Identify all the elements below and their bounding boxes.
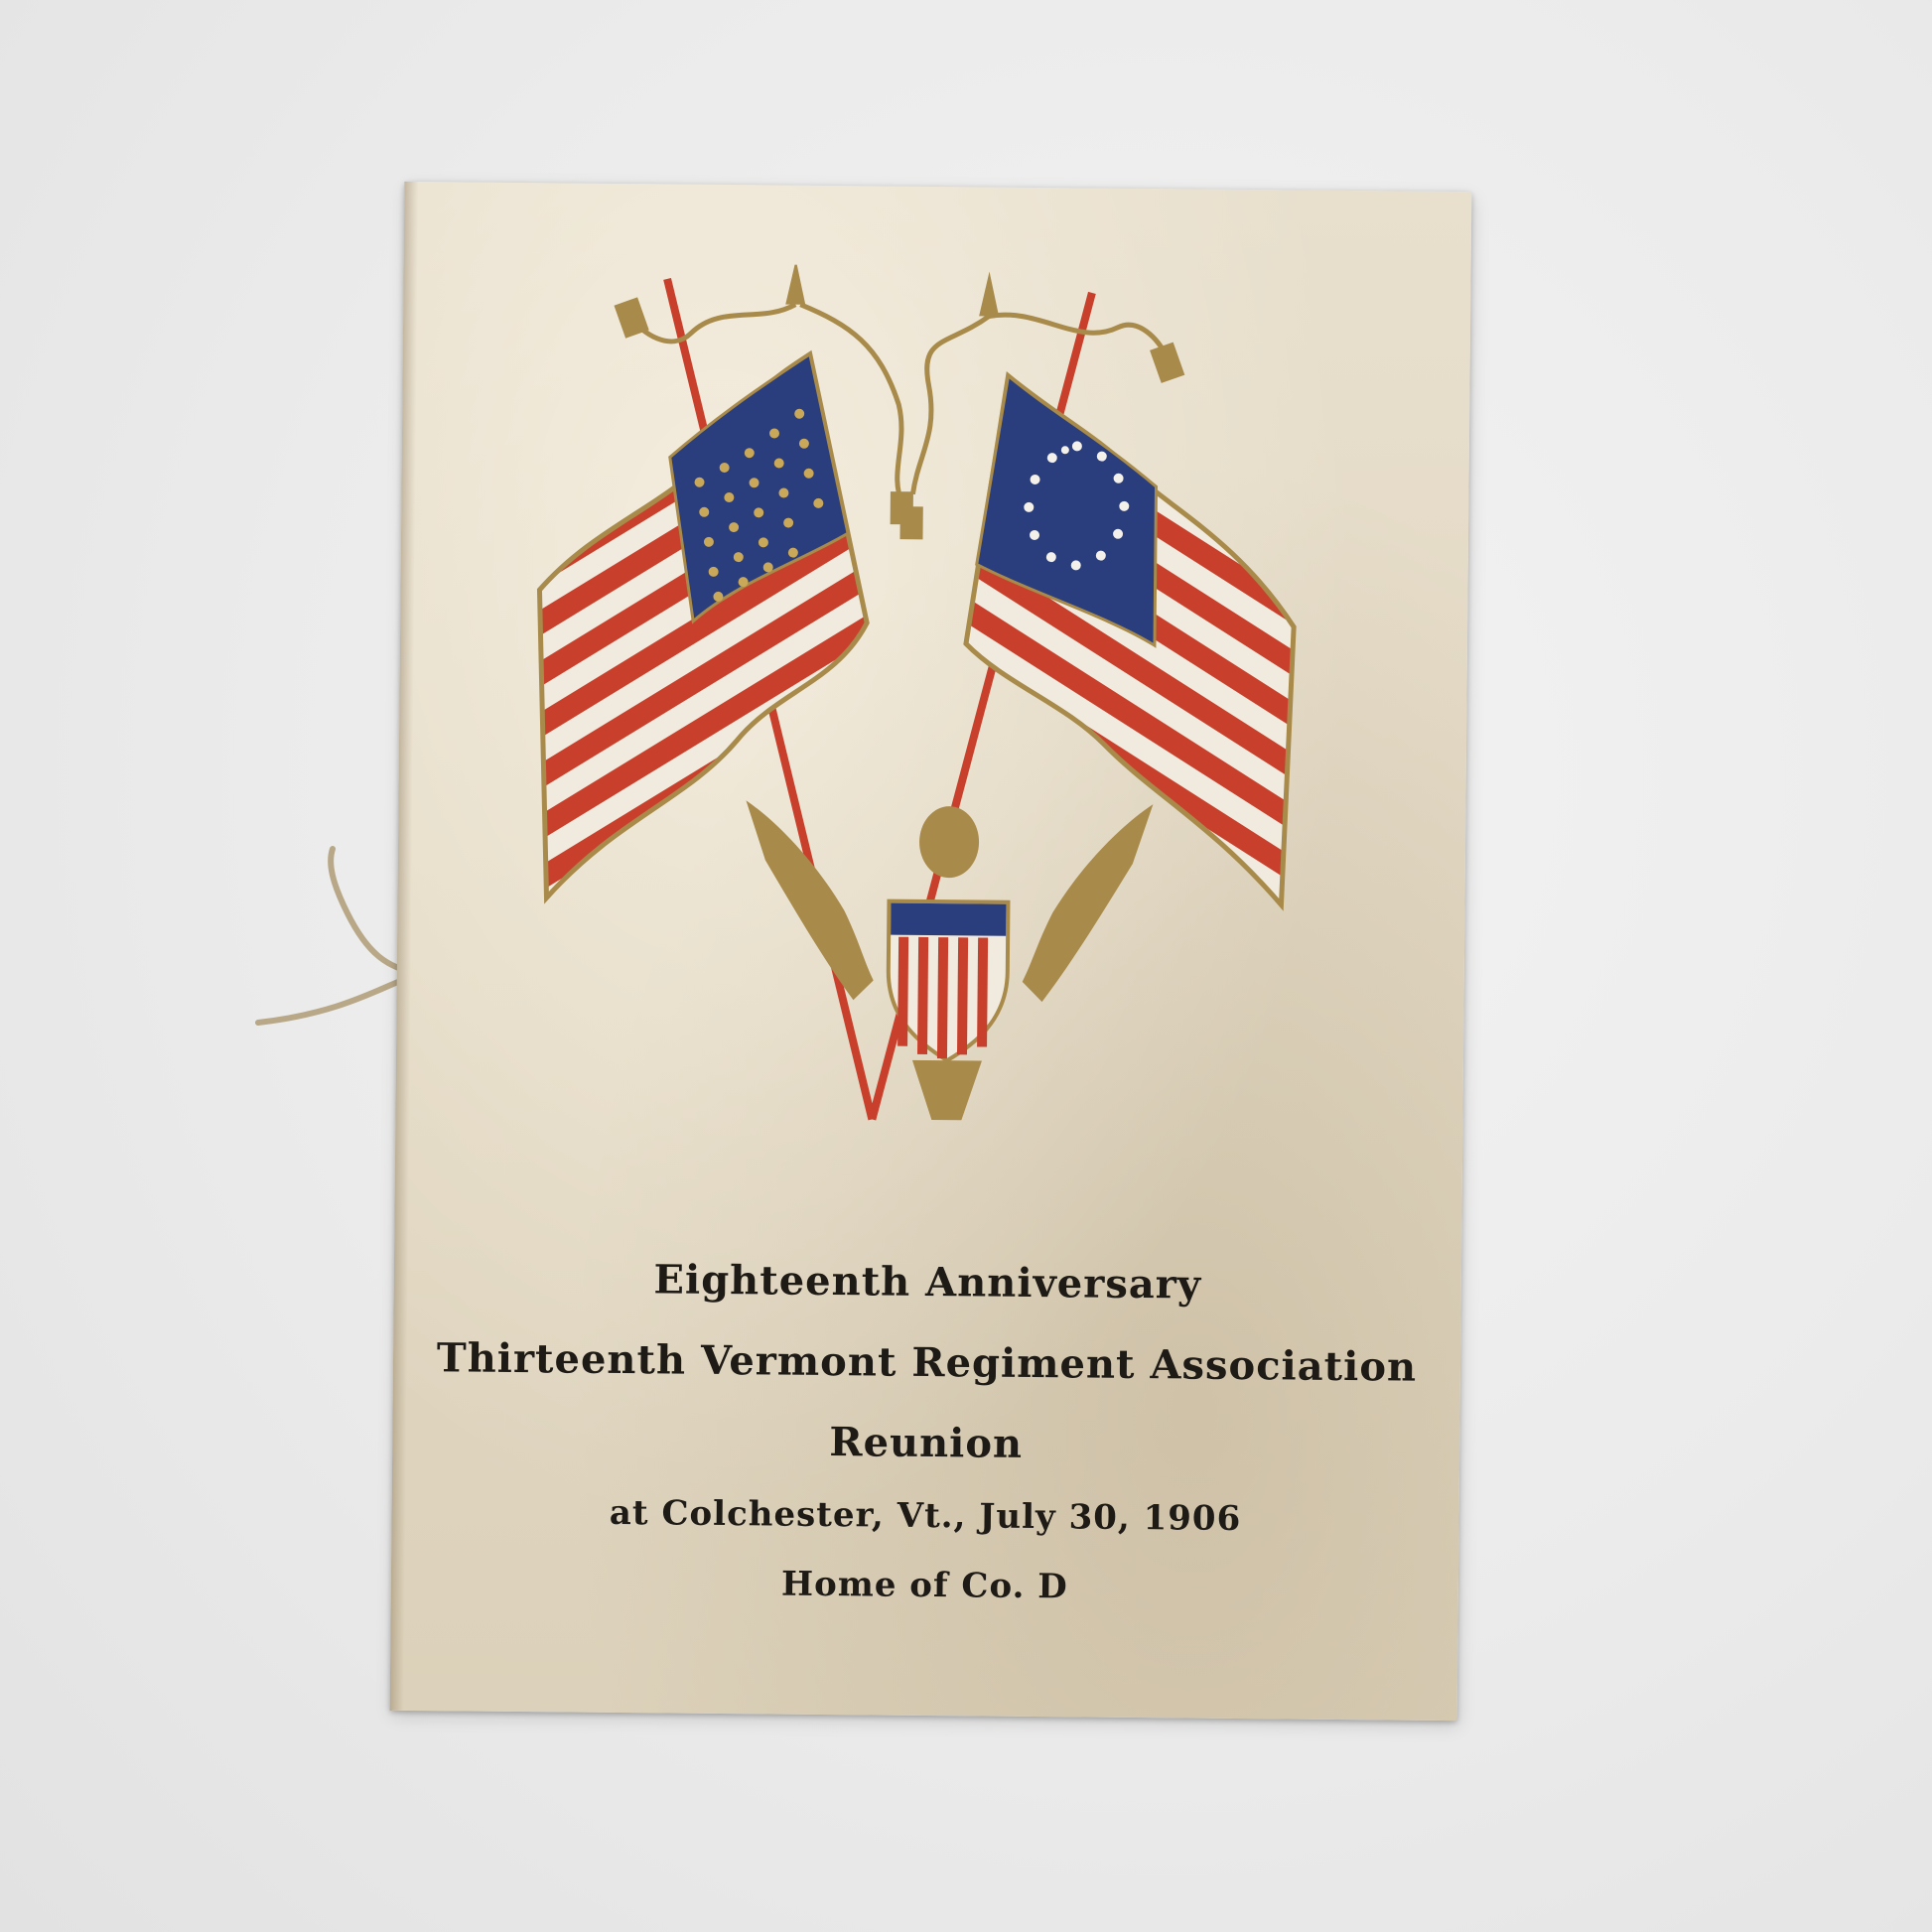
location-date: at Colchester, Vt., July 30, 1906 — [391, 1491, 1458, 1541]
company-note: Home of Co. D — [391, 1561, 1458, 1610]
reunion-heading: Reunion — [392, 1415, 1459, 1471]
association-heading: Thirteenth Vermont Regiment Association — [393, 1334, 1460, 1391]
cover-text: Eighteenth Anniversary Thirteenth Vermon… — [391, 1254, 1461, 1610]
left-flag — [536, 351, 869, 900]
anniversary-heading: Eighteenth Anniversary — [394, 1254, 1461, 1311]
crossed-flags-illustration — [514, 262, 1376, 1144]
booklet-cover: Eighteenth Anniversary Thirteenth Vermon… — [390, 182, 1472, 1721]
